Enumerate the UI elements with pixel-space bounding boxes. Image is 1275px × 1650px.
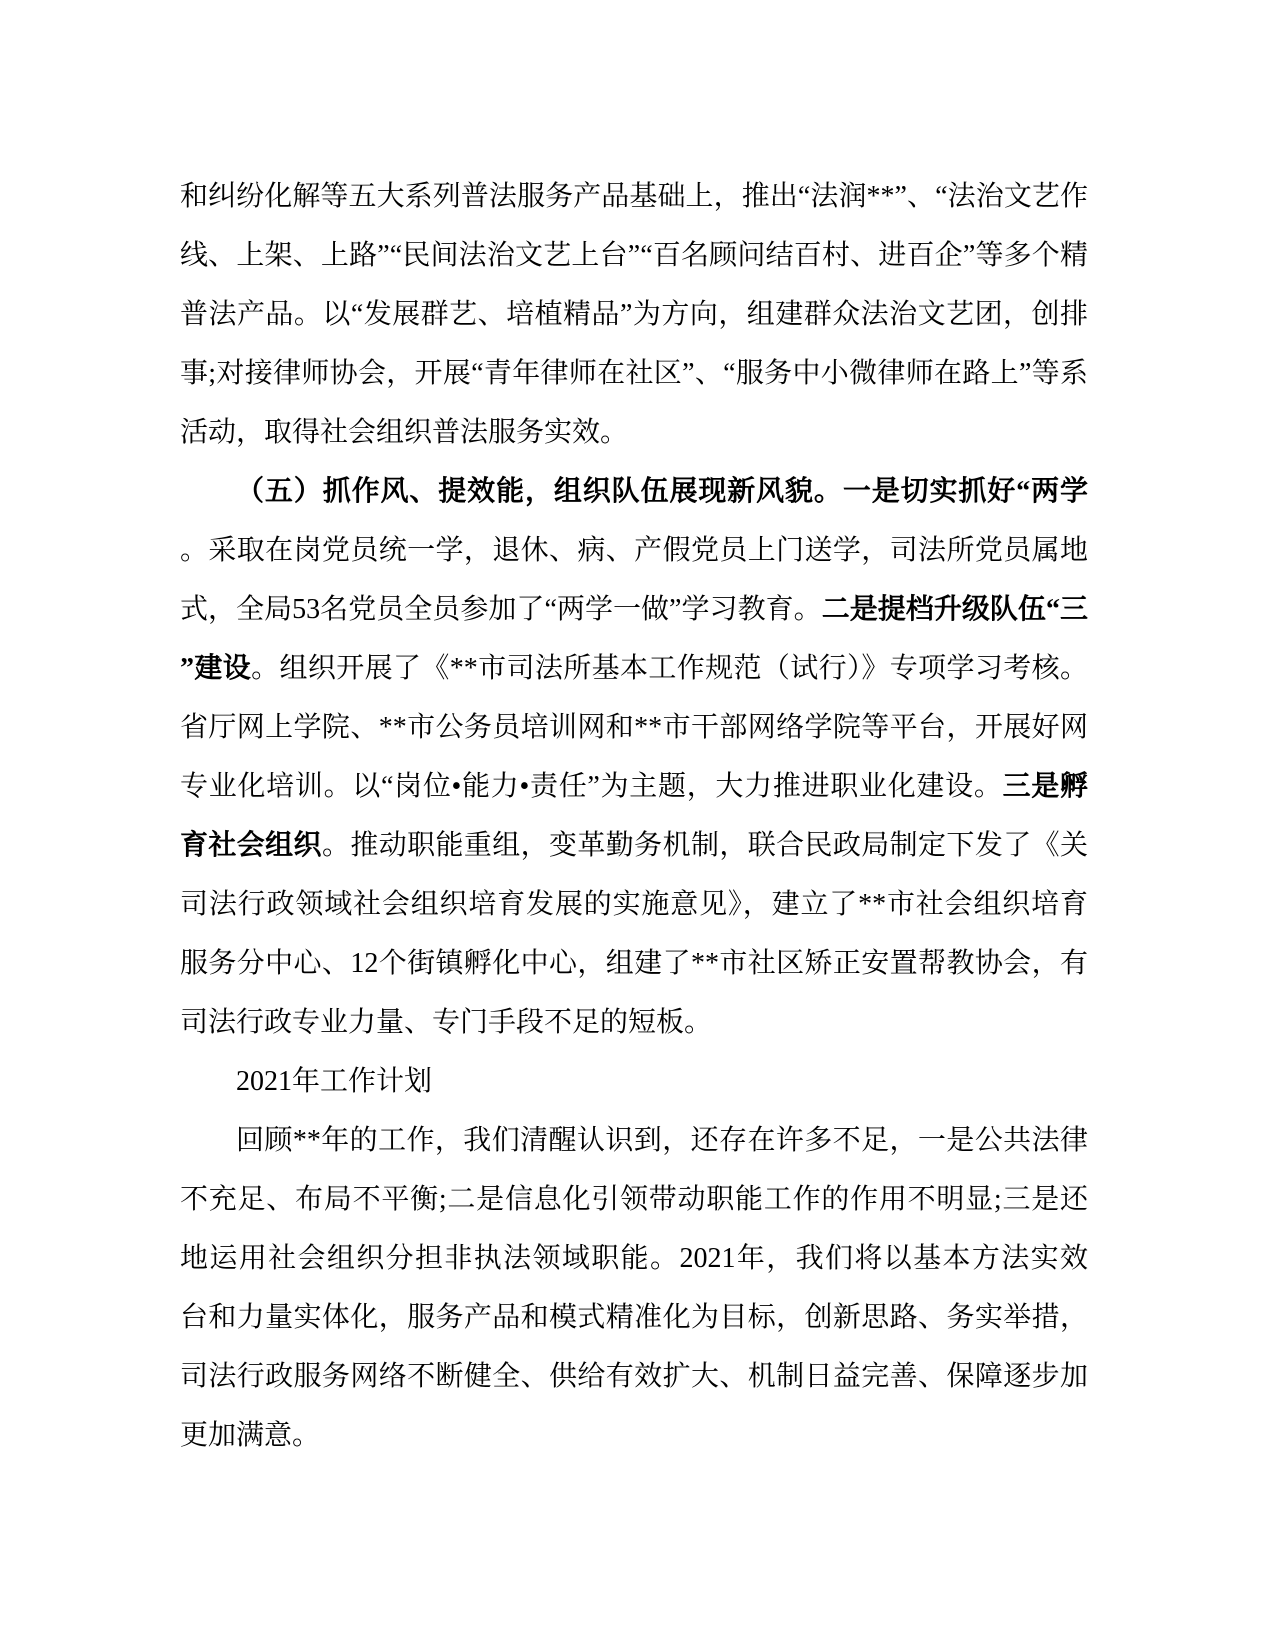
text-line: 省厅网上学院、**市公务员培训网和**市干部网络学院等平台，开展好网上、网下: [180, 698, 1088, 757]
document-page: 和纠纷化解等五大系列普法服务产品基础上，推出“法润**”、“法治文艺作品上线、上…: [0, 0, 1275, 1650]
text-line: 更加满意。: [180, 1406, 1088, 1465]
text-run: 2021年工作计划: [236, 1066, 432, 1097]
text-line: 育社会组织。推动职能重组，变革勤务机制，联合民政局制定下发了《关于加快: [180, 816, 1088, 875]
para-plan-title: 2021年工作计划: [180, 1052, 1088, 1111]
text-line: 线、上架、上路”“民间法治文艺上台”“百名顾问结百村、进百企”等多个精准: [180, 226, 1088, 285]
text-line: （五）抓作风、提效能，组织队伍展现新风貌。一是切实抓好“两学一做”: [180, 462, 1088, 521]
para-review: 回顾**年的工作，我们清醒认识到，还存在许多不足，一是公共法律服务资源不充足、布…: [180, 1111, 1088, 1465]
text-line: 司法行政专业力量、专门手段不足的短板。: [180, 993, 1088, 1052]
text-line: 司法行政领域社会组织培育发展的实施意见》，建立了**市社会组织培育中心法律: [180, 875, 1088, 934]
text-line: 普法产品。以“发展群艺、培植精品”为方向，组建群众法治文艺团，创排法治故: [180, 285, 1088, 344]
text-run: 活动，取得社会组织普法服务实效。: [180, 417, 628, 448]
text-run: 台和力量实体化，服务产品和模式精准化为目标，创新思路、务实举措，努力实现: [180, 1302, 1088, 1347]
text-line: 不充足、布局不平衡;二是信息化引领带动职能工作的作用不明显;三是还不能很好: [180, 1170, 1088, 1229]
text-run: 式，全局53名党员全员参加了“两学一做”学习教育。: [180, 594, 822, 625]
text-line: 台和力量实体化，服务产品和模式精准化为目标，创新思路、务实举措，努力实现: [180, 1288, 1088, 1347]
text-run: 和纠纷化解等五大系列普法服务产品基础上，推出“法润**”、“法治文艺作品上: [180, 181, 1088, 226]
text-line: 专业化培训。以“岗位•能力•责任”为主题，大力推进职业化建设。三是孵化培: [180, 757, 1088, 816]
text-line: 。采取在岗党员统一学，退休、病、产假党员上门送学，司法所党员属地参学的方: [180, 521, 1088, 580]
text-line: 事;对接律师协会，开展“青年律师在社区”、“服务中小微律师在路上”等系列: [180, 344, 1088, 403]
text-line: ”建设。组织开展了《**市司法所基本工作规范（试行）》专项学习考核。依托: [180, 639, 1088, 698]
bold-text-run: 育社会组织: [180, 830, 322, 861]
text-line: 司法行政服务网络不断健全、供给有效扩大、机制日益完善、保障逐步加强、群众: [180, 1347, 1088, 1406]
text-line: 式，全局53名党员全员参加了“两学一做”学习教育。二是提档升级队伍“三化: [180, 580, 1088, 639]
text-line: 和纠纷化解等五大系列普法服务产品基础上，推出“法润**”、“法治文艺作品上: [180, 167, 1088, 226]
text-run: 司法行政服务网络不断健全、供给有效扩大、机制日益完善、保障逐步加强、群众: [180, 1361, 1088, 1406]
text-run: 服务分中心、12个街镇孵化中心，组建了**市社区矫正安置帮教协会，有效弥补了: [180, 948, 1088, 993]
para-section-five: （五）抓作风、提效能，组织队伍展现新风貌。一是切实抓好“两学一做”。采取在岗党员…: [180, 462, 1088, 1052]
para-continuation: 和纠纷化解等五大系列普法服务产品基础上，推出“法润**”、“法治文艺作品上线、上…: [180, 167, 1088, 462]
text-run: 专业化培训。以“岗位•能力•责任”为主题，大力推进职业化建设。: [180, 771, 1003, 802]
bold-text-run: （五）抓作风、提效能，组织队伍展现新风貌。一是切实抓好“两学一做”: [180, 476, 1088, 521]
text-line: 回顾**年的工作，我们清醒认识到，还存在许多不足，一是公共法律服务资源: [180, 1111, 1088, 1170]
document-body: 和纠纷化解等五大系列普法服务产品基础上，推出“法润**”、“法治文艺作品上线、上…: [180, 167, 1088, 1465]
text-line: 地运用社会组织分担非执法领域职能。2021年，我们将以基本方法实效化、基本平: [180, 1229, 1088, 1288]
text-run: 更加满意。: [180, 1420, 320, 1451]
text-run: 普法产品。以“发展群艺、培植精品”为方向，组建群众法治文艺团，创排法治故: [180, 299, 1088, 344]
text-run: 司法行政领域社会组织培育发展的实施意见》，建立了**市社会组织培育中心法律: [180, 889, 1088, 934]
bold-text-run: ”建设: [180, 653, 251, 684]
text-run: 回顾**年的工作，我们清醒认识到，还存在许多不足，一是公共法律服务资源: [180, 1125, 1088, 1170]
text-run: 司法行政专业力量、专门手段不足的短板。: [180, 1007, 712, 1038]
text-line: 2021年工作计划: [180, 1052, 1088, 1111]
text-run: 省厅网上学院、**市公务员培训网和**市干部网络学院等平台，开展好网上、网下: [180, 712, 1088, 757]
text-run: 不充足、布局不平衡;二是信息化引领带动职能工作的作用不明显;三是还不能很好: [180, 1184, 1088, 1229]
text-run: 地运用社会组织分担非执法领域职能。2021年，我们将以基本方法实效化、基本平: [180, 1243, 1088, 1288]
text-run: 事;对接律师协会，开展“青年律师在社区”、“服务中小微律师在路上”等系列: [180, 358, 1088, 403]
text-line: 服务分中心、12个街镇孵化中心，组建了**市社区矫正安置帮教协会，有效弥补了: [180, 934, 1088, 993]
text-run: 线、上架、上路”“民间法治文艺上台”“百名顾问结百村、进百企”等多个精准: [180, 240, 1088, 285]
text-run: 。采取在岗党员统一学，退休、病、产假党员上门送学，司法所党员属地参学的方: [180, 535, 1088, 580]
text-run: 。组织开展了《**市司法所基本工作规范（试行）》专项学习考核。依托: [180, 653, 1088, 698]
text-line: 活动，取得社会组织普法服务实效。: [180, 403, 1088, 462]
